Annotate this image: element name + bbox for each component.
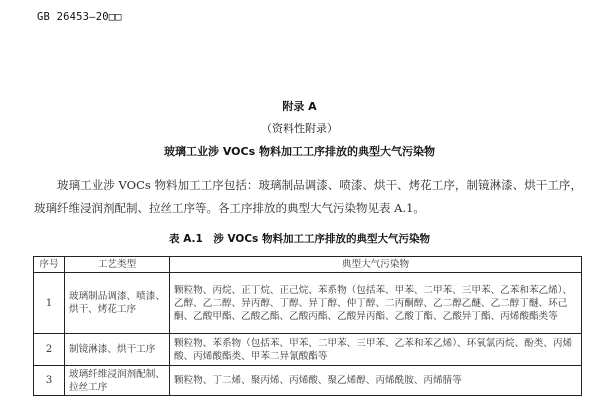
table-row: 3 玻璃纤维浸润剂配制、拉丝工序 颗粒物、丁二烯、聚丙烯、丙烯酸、聚乙烯醇、丙烯… [34,366,582,396]
typical-pollutants: 颗粒物、丙烷、正丁烷、正己烷、苯系物（包括苯、甲苯、二甲苯、三甲苯、乙苯和苯乙烯… [170,273,582,334]
process-type: 玻璃制品调漆、喷漆、烘干、烤花工序 [65,273,170,334]
row-number: 2 [34,334,65,366]
typical-pollutants: 颗粒物、苯系物（包括苯、甲苯、二甲苯、三甲苯、乙苯和苯乙烯）、环氧氯丙烷、酚类、… [170,334,582,366]
standard-code: GB 26453—20□□ [37,11,122,23]
table-row: 2 制镜淋漆、烘干工序 颗粒物、苯系物（包括苯、甲苯、二甲苯、三甲苯、乙苯和苯乙… [34,334,582,366]
process-type: 制镜淋漆、烘干工序 [65,334,170,366]
annex-title: 附录 A [0,98,599,114]
annex-subtitle: （资料性附录） [0,120,599,136]
column-header-no: 序号 [34,257,65,273]
paragraph-text: 玻璃工业涉 VOCs 物料加工工序包括：玻璃制品调漆、喷漆、烘干、烤花工序，制镜… [34,178,582,215]
pollutants-table: 序号 工艺类型 典型大气污染物 1 玻璃制品调漆、喷漆、烘干、烤花工序 颗粒物、… [33,256,582,396]
typical-pollutants: 颗粒物、丁二烯、聚丙烯、丙烯酸、聚乙烯醇、丙烯酰胺、丙烯腈等 [170,366,582,396]
table-header-row: 序号 工艺类型 典型大气污染物 [34,257,582,273]
row-number: 3 [34,366,65,396]
process-type: 玻璃纤维浸润剂配制、拉丝工序 [65,366,170,396]
column-header-process: 工艺类型 [65,257,170,273]
row-number: 1 [34,273,65,334]
table-caption: 表 A.1 涉 VOCs 物料加工工序排放的典型大气污染物 [0,231,599,246]
annex-heading: 玻璃工业涉 VOCs 物料加工工序排放的典型大气污染物 [0,143,599,159]
body-paragraph: 玻璃工业涉 VOCs 物料加工工序包括：玻璃制品调漆、喷漆、烘干、烤花工序，制镜… [34,174,582,219]
table-row: 1 玻璃制品调漆、喷漆、烘干、烤花工序 颗粒物、丙烷、正丁烷、正己烷、苯系物（包… [34,273,582,334]
column-header-pollutants: 典型大气污染物 [170,257,582,273]
